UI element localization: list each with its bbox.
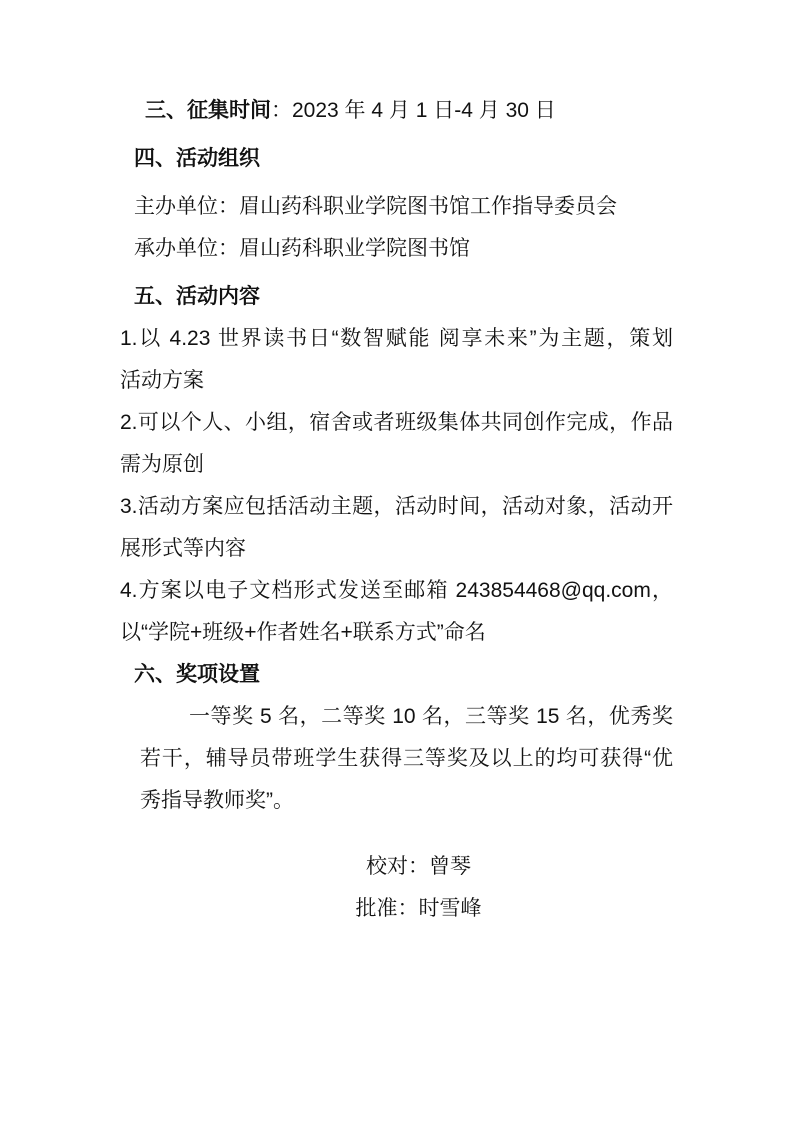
activity-item-4-line-1: 4.方案以电子文档形式发送至邮箱 243854468@qq.com， xyxy=(120,570,673,612)
section-heading-activity-content: 五、活动内容 xyxy=(120,276,673,318)
activity-item-2-line-1: 2.可以个人、小组，宿舍或者班级集体共同创作完成，作品 xyxy=(120,402,673,444)
section-heading-organization: 四、活动组织 xyxy=(120,138,673,180)
document-page: 三、征集时间：2023 年 4 月 1 日-4 月 30 日 四、活动组织 主办… xyxy=(0,0,793,1122)
awards-line-2: 若干，辅导员带班学生获得三等奖及以上的均可获得“优 xyxy=(120,738,673,780)
activity-item-1-line-2: 活动方案 xyxy=(120,360,673,402)
section-collection-time: 三、征集时间：2023 年 4 月 1 日-4 月 30 日 xyxy=(120,90,673,132)
activity-item-3-line-2: 展形式等内容 xyxy=(120,528,673,570)
proofreader-line: 校对：曾琴 xyxy=(120,846,673,888)
section-heading-awards: 六、奖项设置 xyxy=(120,654,673,696)
collection-time-value: ：2023 年 4 月 1 日-4 月 30 日 xyxy=(271,99,556,122)
activity-item-1-line-1: 1.以 4.23 世界读书日“数智赋能 阅享未来”为主题，策划 xyxy=(120,318,673,360)
activity-item-3-line-1: 3.活动方案应包括活动主题，活动时间，活动对象，活动开 xyxy=(120,486,673,528)
collection-time-heading: 三、征集时间 xyxy=(145,99,271,122)
undertaker-unit-line: 承办单位：眉山药科职业学院图书馆 xyxy=(120,228,673,270)
activity-item-4-line-2: 以“学院+班级+作者姓名+联系方式”命名 xyxy=(120,612,673,654)
signature-block: 校对：曾琴 批准：时雪峰 xyxy=(120,846,673,930)
activity-item-2-line-2: 需为原创 xyxy=(120,444,673,486)
awards-line-1: 一等奖 5 名，二等奖 10 名，三等奖 15 名，优秀奖 xyxy=(120,696,673,738)
host-unit-line: 主办单位：眉山药科职业学院图书馆工作指导委员会 xyxy=(120,186,673,228)
document-content: 三、征集时间：2023 年 4 月 1 日-4 月 30 日 四、活动组织 主办… xyxy=(120,90,673,930)
awards-line-3: 秀指导教师奖”。 xyxy=(120,780,673,822)
approver-line: 批准：时雪峰 xyxy=(120,888,673,930)
